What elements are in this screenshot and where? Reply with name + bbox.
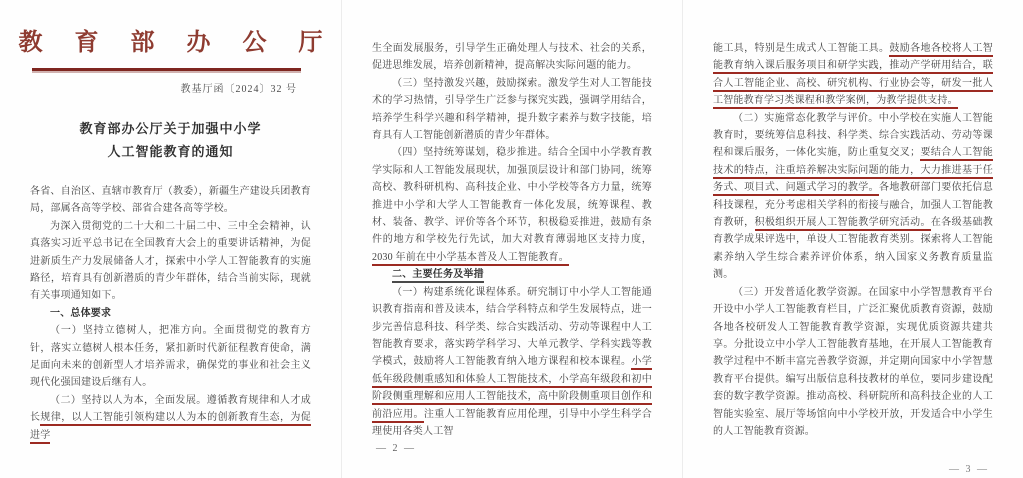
paragraph: （一）坚持立德树人，把准方向。全面贯彻党的教育方针，落实立德树人根本任务，紧扣新… [30,322,311,392]
paragraph: （三）开发普适化教学资源。在国家中小学智慧教育平台开设中小学人工智能教育栏目，广… [713,284,993,441]
red-underlined-text: 规律，以人工智能引领构建以人为本的创新教育生态，为促进学 [30,412,311,443]
dark-underlined-text: 二、主要任务及举措 [392,269,484,283]
text-segment: 各省、自治区、直辖市教育厅（教委），新疆生产建设兵团教育局，部属各高等学校、部省… [30,186,311,214]
text-segment: （一）构建系统化课程体系。研究制订中小学人工智能通识教育指南和普及读本，结合学科… [372,287,652,368]
text-segment: （四）坚持统筹谋划，稳步推进。结合全国中小学教育教学实际和人工智能发展现状，加强… [372,147,652,245]
paragraph: （二）坚持以人为本，全面发展。遵循教育规律和人才成长规律，以人工智能引领构建以人… [30,392,311,444]
page-1-body: 各省、自治区、直辖市教育厅（教委），新疆生产建设兵团教育局，部属各高等学校、部省… [0,183,341,444]
red-underlined-text: 积极组织开展人工智能教学研究活动。 [755,217,931,231]
page-2-body: 生全面发展服务，引导学生正确处理人与技术、社会的关系，促进思维发展，培养创新精神… [342,0,682,440]
document-title: 教育部办公厅关于加强中小学 人工智能教育的通知 [0,117,341,163]
title-line-2: 人工智能教育的通知 [0,140,341,163]
text-segment: （三）开发普适化教学资源。在国家中小学智慧教育平台开设中小学人工智能教育栏目，广… [713,287,993,437]
section-heading: 二、主要任务及举措 [372,266,652,283]
text-segment: （三）坚持激发兴趣，鼓励探索。激发学生对人工智能技术的学习热情，引导学生广泛参与… [372,78,652,141]
page-3-body: 能工具，特别是生成式人工智能工具。鼓励各地各校将人工智能教育纳入课后服务项目和研… [683,0,1023,440]
agency-header: 教 育 部 办 公 厅 [0,27,341,59]
scanned-document: 教 育 部 办 公 厅 教基厅函〔2024〕32 号 教育部办公厅关于加强中小学… [0,0,1023,478]
page-number-3: — 3 — [683,464,989,475]
text-segment: （一）坚持立德树人，把准方向。全面贯彻党的教育方针，落实立德树人根本任务，紧扣新… [30,325,311,388]
section-heading: 一、总体要求 [30,305,311,322]
page-number-2: — 2 — [376,443,682,454]
letterhead-rule [32,68,301,71]
text-segment: 能工具，特别是生成式人工智能工具。 [713,43,889,54]
page-3: 能工具，特别是生成式人工智能工具。鼓励各地各校将人工智能教育纳入课后服务项目和研… [682,0,1023,478]
paragraph: （四）坚持统筹谋划，稳步推进。结合全国中小学教育教学实际和人工智能发展现状，加强… [372,144,652,266]
paragraph: 生全面发展服务，引导学生正确处理人与技术、社会的关系，促进思维发展，培养创新精神… [372,40,652,75]
page-1: 教 育 部 办 公 厅 教基厅函〔2024〕32 号 教育部办公厅关于加强中小学… [0,0,341,478]
red-underlined-text: 2030 年前在中小学基本普及人工智能教育。 [372,252,569,266]
page-2: 生全面发展服务，引导学生正确处理人与技术、社会的关系，促进思维发展，培养创新精神… [341,0,682,478]
paragraph: 为深入贯彻党的二十大和二十届二中、三中全会精神，认真落实习近平总书记在全国教育大… [30,218,311,305]
text-segment: 为深入贯彻党的二十大和二十届二中、三中全会精神，认真落实习近平总书记在全国教育大… [30,221,311,302]
text-segment: 生全面发展服务，引导学生正确处理人与技术、社会的关系，促进思维发展，培养创新精神… [372,43,652,71]
paragraph: 能工具，特别是生成式人工智能工具。鼓励各地各校将人工智能教育纳入课后服务项目和研… [713,40,993,110]
title-line-1: 教育部办公厅关于加强中小学 [0,117,341,140]
doc-number: 教基厅函〔2024〕32 号 [0,80,297,95]
paragraph: 各省、自治区、直辖市教育厅（教委），新疆生产建设兵团教育局，部属各高等学校、部省… [30,183,311,218]
paragraph: （三）坚持激发兴趣，鼓励探索。激发学生对人工智能技术的学习热情，引导学生广泛参与… [372,75,652,145]
paragraph: （二）实施常态化教学与评价。中小学校在实施人工智能教育时，要统筹信息科技、科学类… [713,110,993,284]
text-segment: 一、总体要求 [50,308,111,319]
paragraph: （一）构建系统化课程体系。研究制订中小学人工智能通识教育指南和普及读本，结合学科… [372,284,652,441]
